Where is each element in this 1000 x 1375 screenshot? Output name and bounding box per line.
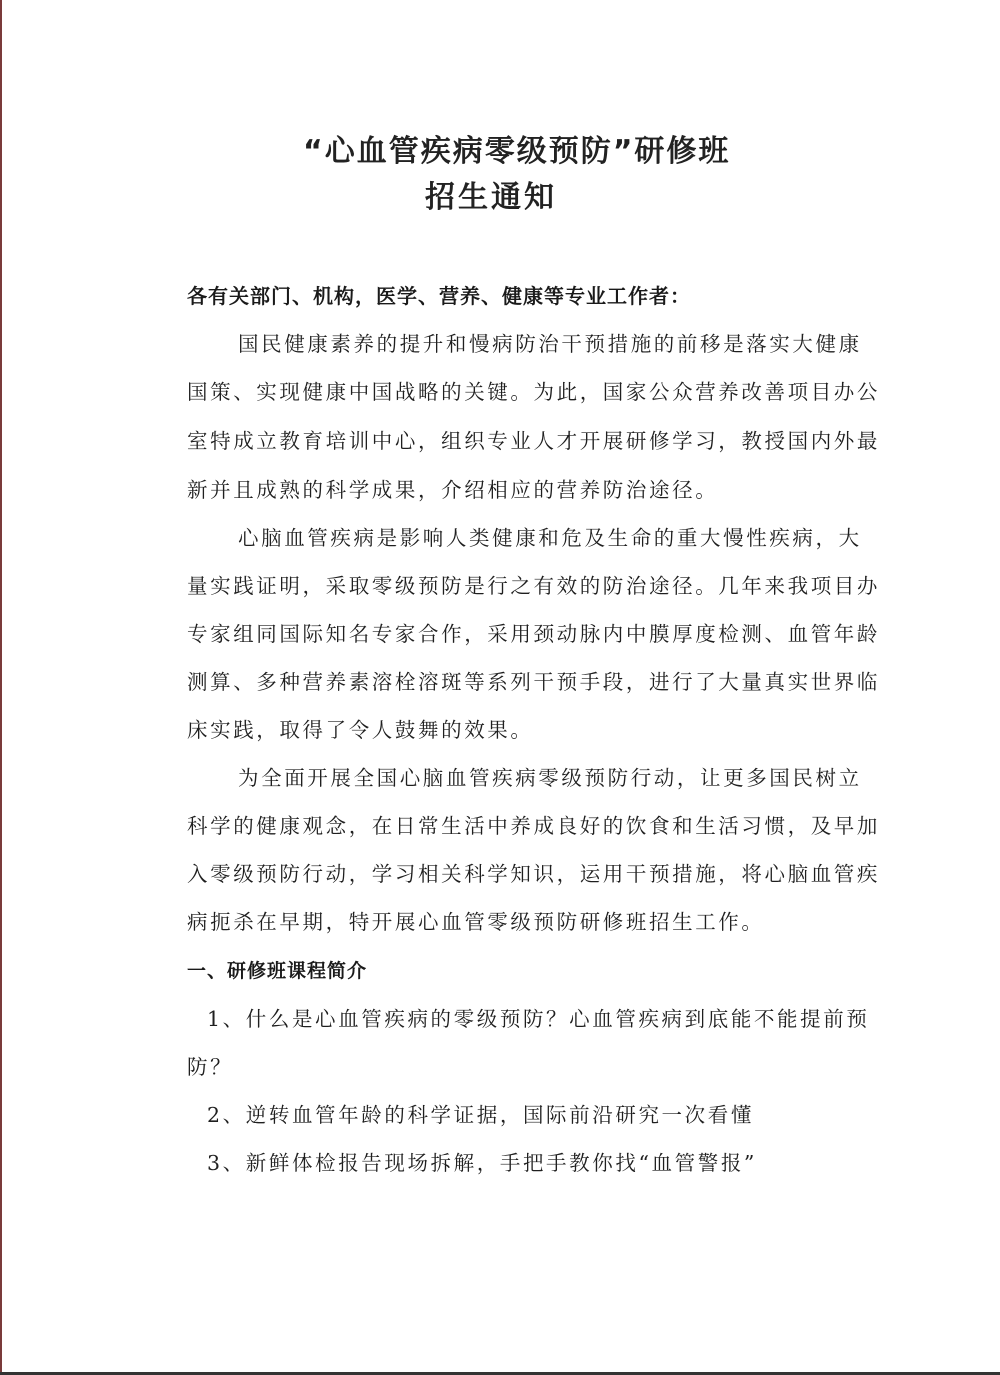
document-title: “心血管疾病零级预防”研修班 [303,126,1000,170]
paragraph-line: 入零级预防行动，学习相关科学知识，运用干预措施，将心脑血管疾 [187,857,880,887]
salutation: 各有关部门、机构，医学、营养、健康等专业工作者： [187,280,691,309]
paragraph-line: 新并且成熟的科学成果，介绍相应的营养防治途径。 [187,473,718,503]
scan-edge-left [0,0,2,1375]
document-subtitle: 招生通知 [425,172,1000,216]
paragraph-line: 国民健康素养的提升和慢病防治干预措施的前移是落实大健康 [238,327,862,357]
paragraph-line: 国策、实现健康中国战略的关键。为此，国家公众营养改善项目办公 [187,375,880,405]
paragraph-line: 为全面开展全国心脑血管疾病零级预防行动，让更多国民树立 [238,761,862,791]
course-item-3: 3、新鲜体检报告现场拆解，手把手教你找“血管警报” [207,1146,757,1176]
paragraph-line: 科学的健康观念，在日常生活中养成良好的饮食和生活习惯，及早加 [187,809,880,839]
course-item-1: 1、什么是心血管疾病的零级预防？心血管疾病到底能不能提前预 [207,1002,869,1032]
paragraph-line: 测算、多种营养素溶栓溶斑等系列干预手段，进行了大量真实世界临 [187,665,880,695]
paragraph-line: 专家组同国际知名专家合作，采用颈动脉内中膜厚度检测、血管年龄 [187,617,880,647]
course-item-2: 2、逆转血管年龄的科学证据，国际前沿研究一次看懂 [207,1098,754,1128]
course-item-1-continued: 防？ [187,1050,233,1080]
paragraph-line: 室特成立教育培训中心，组织专业人才开展研修学习，教授国内外最 [187,424,880,454]
section-heading-course-intro: 一、研修班课程简介 [187,956,367,983]
paragraph-line: 床实践，取得了令人鼓舞的效果。 [187,713,534,743]
paragraph-line: 心脑血管疾病是影响人类健康和危及生命的重大慢性疾病，大 [238,521,862,551]
paragraph-line: 量实践证明，采取零级预防是行之有效的防治途径。几年来我项目办 [187,569,880,599]
paragraph-line: 病扼杀在早期，特开展心血管零级预防研修班招生工作。 [187,905,765,935]
